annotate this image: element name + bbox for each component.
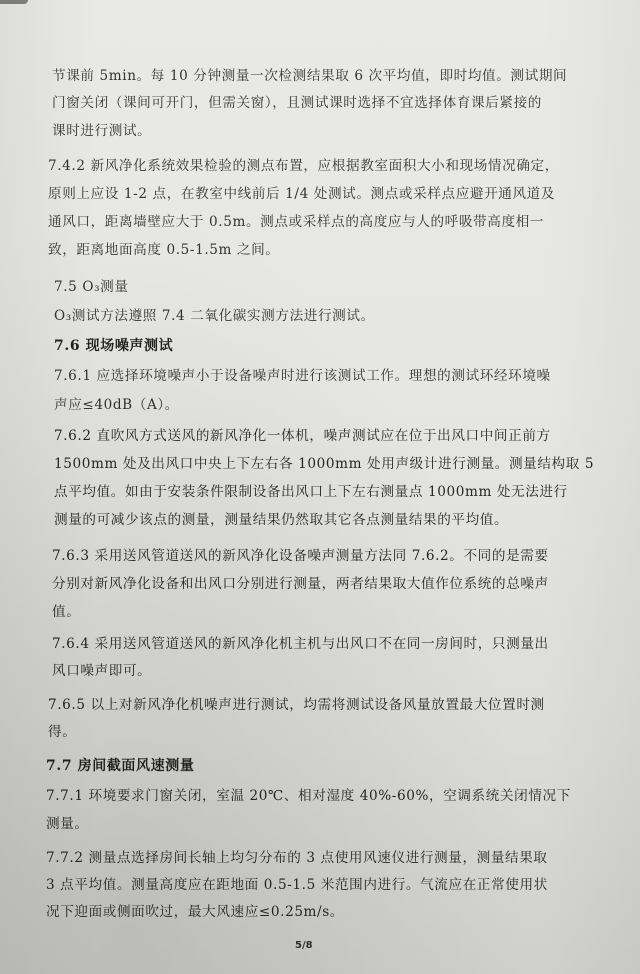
text-line: 7.4.2 新风净化系统效果检验的测点布置，应根据教室面积大小和现场情况确定， [48,157,559,175]
text-line: 值。 [52,603,80,621]
text-line: 况下迎面或侧面吹过，最大风速应≤0.25m/s。 [46,903,344,921]
text-line: 声应≤40dB（A）。 [54,396,179,414]
text-line: 课时进行测试。 [52,122,151,140]
text-line: 节课前 5min。每 10 分钟测量一次检测结果取 6 次平均值，即时均值。测试… [52,67,567,85]
text-line: 测量。 [46,815,89,833]
document-page: 节课前 5min。每 10 分钟测量一次检测结果取 6 次平均值，即时均值。测试… [0,0,640,974]
text-line: 门窗关闭（课间可开门，但需关窗），且测试课时选择不宜选择体育课后紧接的 [52,94,542,112]
text-line: 致，距离地面高度 0.5-1.5m 之间。 [48,241,280,259]
text-line: 7.7.1 环境要求门窗关闭，室温 20℃、相对湿度 40%-60%，空调系统关… [46,787,571,805]
page-number: 5/8 [295,940,313,951]
text-line: 7.6.5 以上对新风净化机噪声进行测试，均需将测试设备风量放置最大位置时测 [48,696,545,714]
text-line: 7.6.2 直吹风方式送风的新风净化一体机，噪声测试应在位于出风口中间正前方 [54,427,551,445]
text-line: O₃测试方法遵照 7.4 二氧化碳实测方法进行测试。 [54,307,375,325]
text-line: 测量的可减少该点的测量，测量结果仍然取其它各点测量结果的平均值。 [54,511,508,529]
text-line: 7.6.4 采用送风管道送风的新风净化机主机与出风口不在同一房间时，只测量出 [52,635,549,653]
text-line: 风口噪声即可。 [52,662,151,680]
section-heading: 7.7 房间截面风速测量 [46,757,194,775]
text-line: 点平均值。如由于安装条件限制设备出风口上下左右测量点 1000mm 处无法进行 [54,483,568,501]
section-heading: 7.6 现场噪声测试 [54,337,173,355]
page-corner-shadow [0,0,28,4]
text-line: 3 点平均值。测量高度应在距地面 0.5-1.5 米范围内进行。气流应在正常使用… [46,876,548,894]
text-line: 原则上应设 1-2 点，在教室中线前后 1/4 处测试。测点或采样点应避开通风道… [48,185,555,203]
text-line: 7.5 O₃测量 [54,278,129,296]
text-line: 得。 [48,723,76,741]
text-line: 1500mm 处及出风口中央上下左右各 1000mm 处用声级计进行测量。测量结… [54,455,594,473]
text-line: 通风口，距离墙壁应大于 0.5m。测点或采样点的高度应与人的呼吸带高度相一 [48,213,544,231]
text-line: 7.7.2 测量点选择房间长轴上均匀分布的 3 点使用风速仪进行测量，测量结果取 [46,849,548,867]
text-line: 分别对新风净化设备和出风口分别进行测量，两者结果取大值作位系统的总噪声 [52,575,549,593]
text-line: 7.6.1 应选择环境噪声小于设备噪声时进行该测试工作。理想的测试环经环境噪 [54,367,551,385]
text-line: 7.6.3 采用送风管道送风的新风净化设备噪声测量方法同 7.6.2。不同的是需… [52,547,549,565]
